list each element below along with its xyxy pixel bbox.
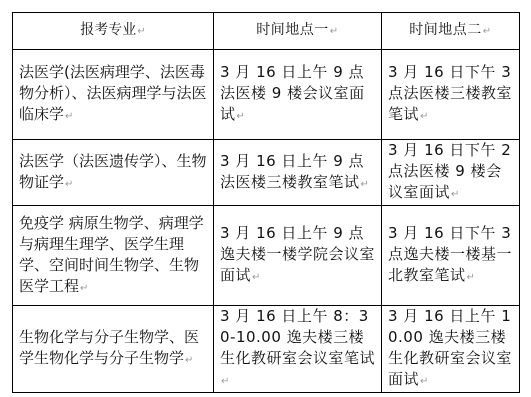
major-text: 免疫学 病原生物学、病理学与病理生理学、医学生理学、空间时间生物学、生物医学工程 <box>19 214 204 295</box>
paragraph-mark-icon: ↵ <box>361 179 370 190</box>
paragraph-mark-icon: ↵ <box>80 283 88 294</box>
paragraph-mark-icon: ↵ <box>420 111 429 122</box>
paragraph-mark-icon: ↵ <box>65 111 73 122</box>
paragraph-mark-icon: ↵ <box>65 179 73 190</box>
exam-schedule-table: 报考专业↵ 时间地点一↵ 时间地点二↵ 法医学(法医病理学、法医毒物分析）、法医… <box>12 12 520 393</box>
major-cell: 法医学(法医病理学、法医毒物分析）、法医病理学与法医临床学↵ <box>13 50 214 140</box>
header-cell-major: 报考专业↵ <box>13 13 214 50</box>
major-text: 法医学（法医遗传学）、生物物证学 <box>19 152 207 191</box>
time-place-2-cell: 3 月 16 日下午 3 点法医楼三楼教室笔试↵ <box>382 50 520 140</box>
time-place-2-cell: 3 月 16 日下午 3 点逸夫楼一楼基一北教室笔试↵ <box>382 206 520 306</box>
paragraph-mark-icon: ↵ <box>483 26 492 37</box>
paragraph-mark-icon: ↵ <box>221 376 230 387</box>
time-place-1-text: 3 月 16 日上午 8：30-10.00 逸夫楼三楼生化教研室会议室笔试 <box>220 307 375 367</box>
table-header-row: 报考专业↵ 时间地点一↵ 时间地点二↵ <box>13 13 520 50</box>
paragraph-mark-icon: ↵ <box>330 26 339 37</box>
paragraph-mark-icon: ↵ <box>420 376 429 387</box>
time-place-2-cell: 3 月 16 日下午 2 点法医楼 9 楼会议室面试↵ <box>382 140 520 206</box>
paragraph-mark-icon: ↵ <box>252 272 261 283</box>
paragraph-mark-icon: ↵ <box>237 111 246 122</box>
time-place-2-text: 3 月 16 日下午 3 点法医楼三楼教室笔试 <box>388 63 512 123</box>
time-place-1-text: 3 月 16 日上午 9 点逸夫楼一楼学院会议室面试 <box>220 224 375 284</box>
table-row: 免疫学 病原生物学、病理学与病理生理学、医学生理学、空间时间生物学、生物医学工程… <box>13 206 520 306</box>
table-row: 法医学(法医病理学、法医毒物分析）、法医病理学与法医临床学↵ 3 月 16 日上… <box>13 50 520 140</box>
major-cell: 法医学（法医遗传学）、生物物证学↵ <box>13 140 214 206</box>
major-cell: 免疫学 病原生物学、病理学与病理生理学、医学生理学、空间时间生物学、生物医学工程… <box>13 206 214 306</box>
major-text: 生物化学与分子生物学、医学生物化学与分子生物学 <box>19 328 199 367</box>
time-place-1-cell: 3 月 16 日上午 8：30-10.00 逸夫楼三楼生化教研室会议室笔试↵ <box>214 306 382 393</box>
time-place-1-text: 3 月 16 日上午 9 点法医楼三楼教室笔试 <box>220 152 364 191</box>
time-place-2-cell: 3 月 16 日上午 10.00 逸夫楼三楼生化教研室会议室面试↵ <box>382 306 520 393</box>
time-place-1-cell: 3 月 16 日上午 9 点逸夫楼一楼学院会议室面试↵ <box>214 206 382 306</box>
time-place-2-text: 3 月 16 日上午 10.00 逸夫楼三楼生化教研室会议室面试 <box>388 307 512 388</box>
paragraph-mark-icon: ↵ <box>137 26 145 37</box>
header-label: 时间地点二 <box>409 22 482 38</box>
paragraph-mark-icon: ↵ <box>185 355 193 366</box>
major-cell: 生物化学与分子生物学、医学生物化学与分子生物学↵ <box>13 306 214 393</box>
header-cell-time-place-2: 时间地点二↵ <box>382 13 520 50</box>
major-text: 法医学(法医病理学、法医毒物分析）、法医病理学与法医临床学 <box>19 63 207 123</box>
table-row: 生物化学与分子生物学、医学生物化学与分子生物学↵ 3 月 16 日上午 8：30… <box>13 306 520 393</box>
paragraph-mark-icon: ↵ <box>451 189 460 200</box>
header-cell-time-place-1: 时间地点一↵ <box>214 13 382 50</box>
time-place-2-text: 3 月 16 日下午 2 点法医楼 9 楼会议室面试 <box>388 141 511 201</box>
table-row: 法医学（法医遗传学）、生物物证学↵ 3 月 16 日上午 9 点法医楼三楼教室笔… <box>13 140 520 206</box>
header-label: 报考专业 <box>80 22 136 38</box>
time-place-1-cell: 3 月 16 日上午 9 点法医楼三楼教室笔试↵ <box>214 140 382 206</box>
paragraph-mark-icon: ↵ <box>467 272 476 283</box>
time-place-1-cell: 3 月 16 日上午 9 点法医楼 9 楼会议室面试↵ <box>214 50 382 140</box>
time-place-2-text: 3 月 16 日下午 3 点逸夫楼一楼基一北教室笔试 <box>388 224 512 284</box>
header-label: 时间地点一 <box>256 22 329 38</box>
